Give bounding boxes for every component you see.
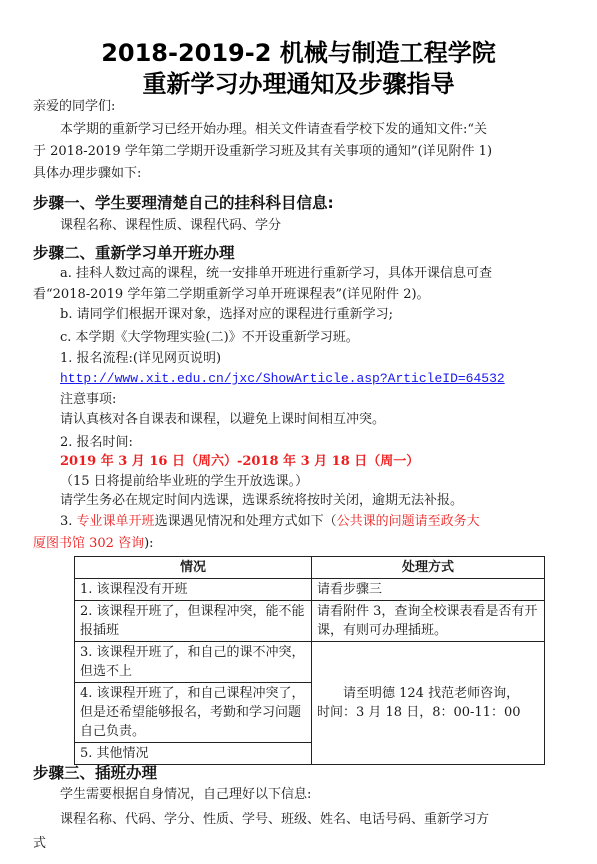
time-warning: 请学生务必在规定时间内选课，选课系统将按时关闭，逾期无法补报。 [60,492,463,509]
item3-red-major: 专业课单开班 [77,514,155,529]
title-line-1: 2018-2019-2 机械与制造工程学院 [0,33,597,68]
notice-text: 请认真核对各自课表和课程，以避免上课时间相互冲突。 [60,411,385,428]
handling-cell: 请看附件 3，查询全校课表看是否有开课，有则可办理插班。 [312,601,545,642]
item3-prefix: 3. [60,514,77,529]
item3-mid: 选课遇见情况和处理方式如下（ [155,514,337,529]
process-label: 1. 报名流程:(详见网页说明) [60,350,221,367]
intro-line-1: 本学期的重新学习已经开始办理。相关文件请查看学校下发的通知文件:“关 [60,121,487,138]
situation-cell: 1. 该课程没有开班 [75,579,312,601]
greeting: 亲爱的同学们: [33,98,115,115]
step3-heading: 步骤三、插班办理 [33,761,157,783]
intro-line-3: 具体办理步骤如下: [33,165,141,182]
process-link[interactable]: http://www.xit.edu.cn/jxc/ShowArticle.as… [60,371,505,386]
intro-line-2: 于 2018-2019 学年第二学期开设重新学习班及其有关事项的通知”(详见附件… [33,143,492,160]
notice-label: 注意事项: [60,391,116,408]
handling-cell: 请看步骤三 [312,579,545,601]
step2-item-a-line2: 看“2018-2019 学年第二学期重新学习单开班课程表”(详见附件 2)。 [33,286,430,303]
title-line-2: 重新学习办理通知及步骤指导 [0,64,597,99]
item3-red-public-a: 公共课的问题请至政务大 [337,514,480,529]
merged-handling-cell: 请至明德 124 找范老师咨询， 时间：3 月 18 日，8：00-11：00 [312,642,545,765]
step2-heading: 步骤二、重新学习单开班办理 [33,241,235,263]
item3-red-public-b: 厦图书馆 302 咨询 [33,536,144,551]
step1-content: 课程名称、课程性质、课程代码、学分 [60,217,281,234]
table-header-row: 情况 处理方式 [75,557,545,579]
time-note: （15 日将提前给毕业班的学生开放选课。） [60,473,308,490]
situation-cell: 2. 该课程开班了，但课程冲突，能不能报插班 [75,601,312,642]
item3-line1: 3. 专业课单开班选课遇见情况和处理方式如下（公共课的问题请至政务大 [60,513,480,530]
item3-line2: 厦图书馆 302 咨询): [33,535,154,552]
step1-heading: 步骤一、学生要理清楚自己的挂科科目信息: [33,191,334,213]
step3-line3: 式 [33,835,46,852]
item3-end: ): [144,536,153,551]
situation-table: 情况 处理方式 1. 该课程没有开班 请看步骤三 2. 该课程开班了，但课程冲突… [74,556,545,765]
time-range: 2019 年 3 月 16 日（周六）-2018 年 3 月 18 日（周一） [60,453,419,470]
situation-cell: 3. 该课程开班了，和自己的课不冲突，但选不上 [75,642,312,683]
header-situation: 情况 [75,557,312,579]
step2-item-a-line1: a. 挂科人数过高的课程，统一安排单开班进行重新学习，具体开课信息可查 [60,265,492,282]
table-row: 2. 该课程开班了，但课程冲突，能不能报插班 请看附件 3，查询全校课表看是否有… [75,601,545,642]
header-handling: 处理方式 [312,557,545,579]
step3-line2: 课程名称、代码、学分、性质、学号、班级、姓名、电话号码、重新学习方 [60,811,489,828]
table-row: 1. 该课程没有开班 请看步骤三 [75,579,545,601]
time-label: 2. 报名时间: [60,434,133,451]
step3-line1: 学生需要根据自身情况，自己理好以下信息: [60,786,311,803]
table-row: 3. 该课程开班了，和自己的课不冲突，但选不上 请至明德 124 找范老师咨询，… [75,642,545,683]
merged-handling-line1: 请至明德 124 找范老师咨询， [317,684,539,703]
step2-item-c: c. 本学期《大学物理实验(二)》不开设重新学习班。 [60,329,359,346]
step2-item-b: b. 请同学们根据开课对象，选择对应的课程进行重新学习; [60,306,393,323]
merged-handling-line2: 时间：3 月 18 日，8：00-11：00 [317,703,539,722]
situation-cell: 4. 该课程开班了，和自己课程冲突了，但是还希望能够报名，考勤和学习问题自己负责… [75,683,312,743]
